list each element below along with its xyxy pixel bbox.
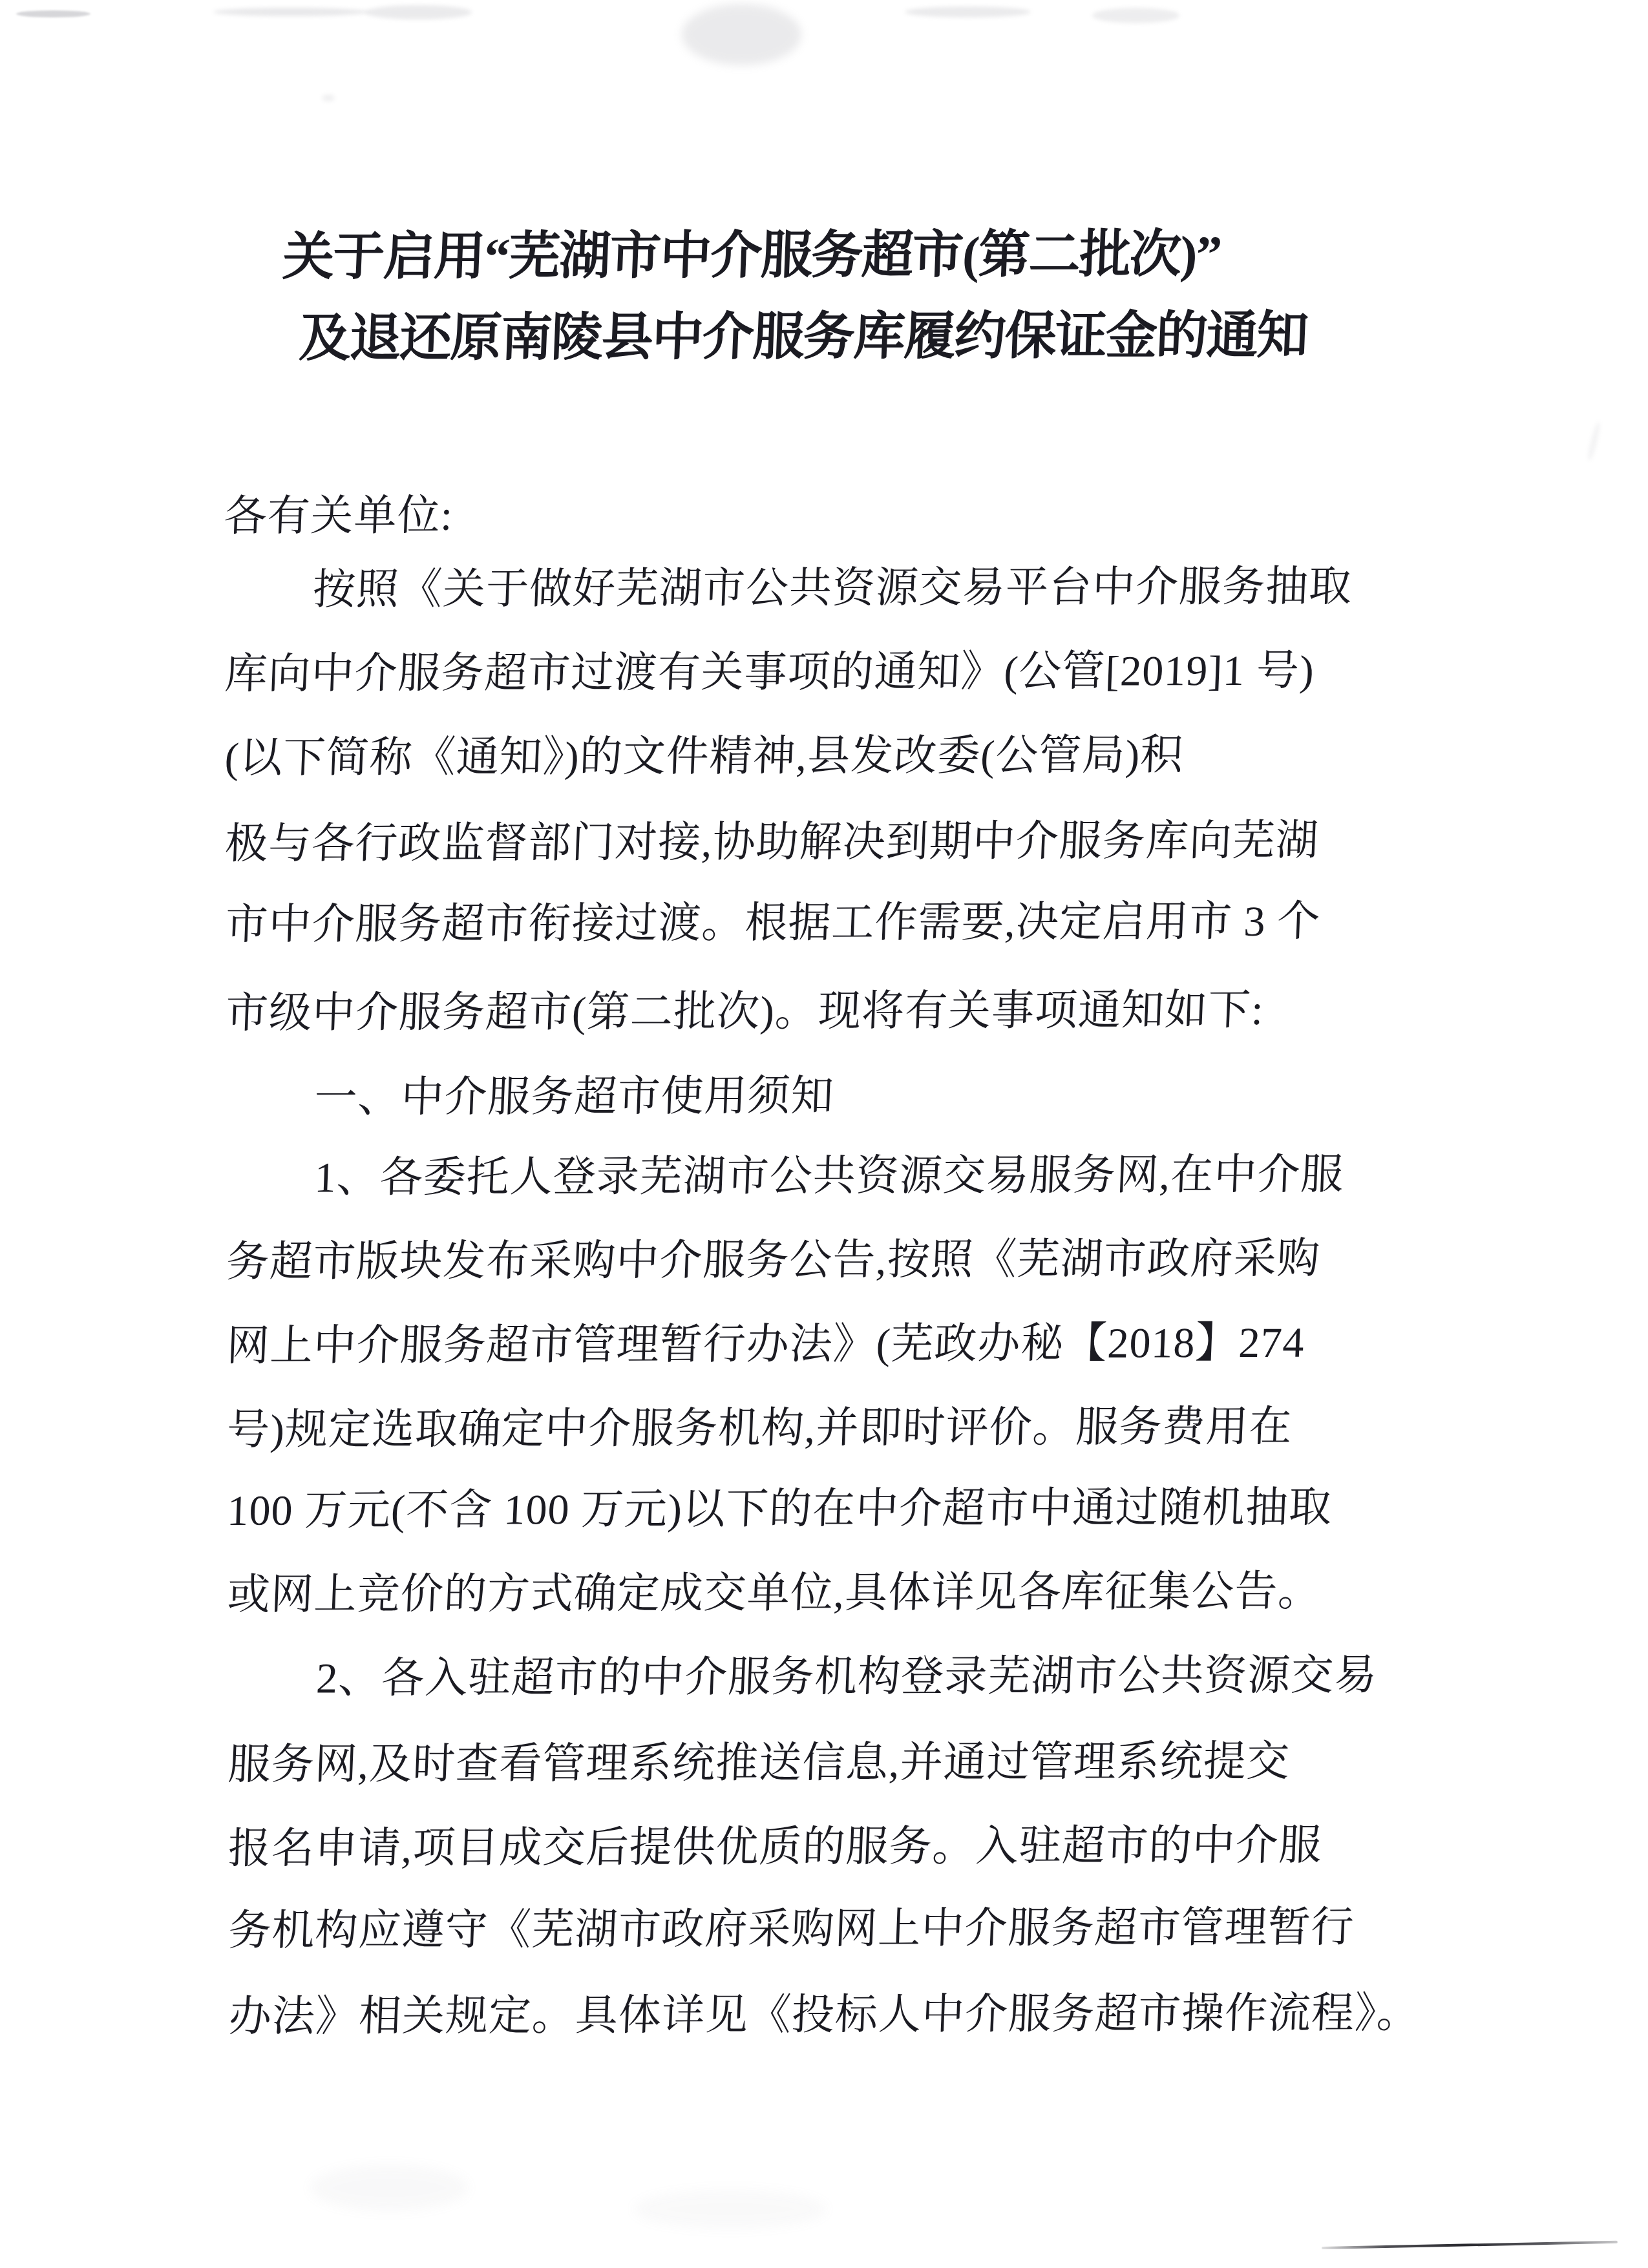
document-text-line: 极与各行政监督部门对接,协助解决到期中介服务库向芜湖 [224,806,1320,870]
document-text-line: 各有关单位: [223,481,454,543]
document-text-line: 服务网,及时查看管理系统推送信息,并通过管理系统提交 [227,1727,1291,1791]
document-text-line: 1、各委托人登录芜湖市公共资源交易服务网,在中介服 [313,1139,1345,1204]
document-title-line: 关于启用“芜湖市中介服务超市(第二批次)” [281,212,1222,289]
document-text-line: 务超市版块发布采购中介服务公告,按照《芜湖市政府采购 [226,1224,1322,1288]
scanned-document-page: 关于启用“芜湖市中介服务超市(第二批次)”及退还原南陵县中介服务库履约保证金的通… [0,0,1648,2268]
document-text-line: (以下简称《通知》)的文件精神,县发改委(公管局)积 [224,720,1185,784]
document-text-line: 2、各入驻超市的中介服务机构登录芜湖市公共资源交易 [315,1640,1379,1705]
document-text-line: 按照《关于做好芜湖市公共资源交易平台中介服务抽取 [312,551,1353,616]
document-text-line: 100 万元(不含 100 万元)以下的在中介超市中通过随机抽取 [226,1473,1333,1537]
document-text-line: 或网上竞价的方式确定成交单位,具体详见各库征集公告。 [226,1557,1322,1621]
document-text-line: 号)规定选取确定中介服务机构,并即时评价。服务费用在 [226,1392,1294,1456]
document-text-line: 市中介服务超市衔接过渡。根据工作需要,决定启用市 3 个 [224,887,1322,951]
document-title-line: 及退还原南陵县中介服务库履约保证金的通知 [298,293,1309,371]
document-text-line: 办法》相关规定。具体详见《投标人中介服务超市操作流程》。 [227,1978,1421,2043]
document-text-line: 一、中介服务超市使用须知 [313,1061,836,1124]
document-text-line: 报名申请,项目成交后提供优质的服务。入驻超市的中介服 [227,1811,1324,1875]
document-content: 关于启用“芜湖市中介服务超市(第二批次)”及退还原南陵县中介服务库履约保证金的通… [0,0,1648,2268]
document-text-line: 网上中介服务超市管理暂行办法》(芜政办秘【2018】274 [226,1308,1306,1372]
document-text-line: 库向中介服务超市过渡有关事项的通知》(公管[2019]1 号) [224,636,1316,700]
document-text-line: 市级中介服务超市(第二批次)。现将有关事项通知如下: [225,975,1265,1040]
document-text-line: 务机构应遵守《芜湖市政府采购网上中介服务超市管理暂行 [227,1892,1356,1957]
